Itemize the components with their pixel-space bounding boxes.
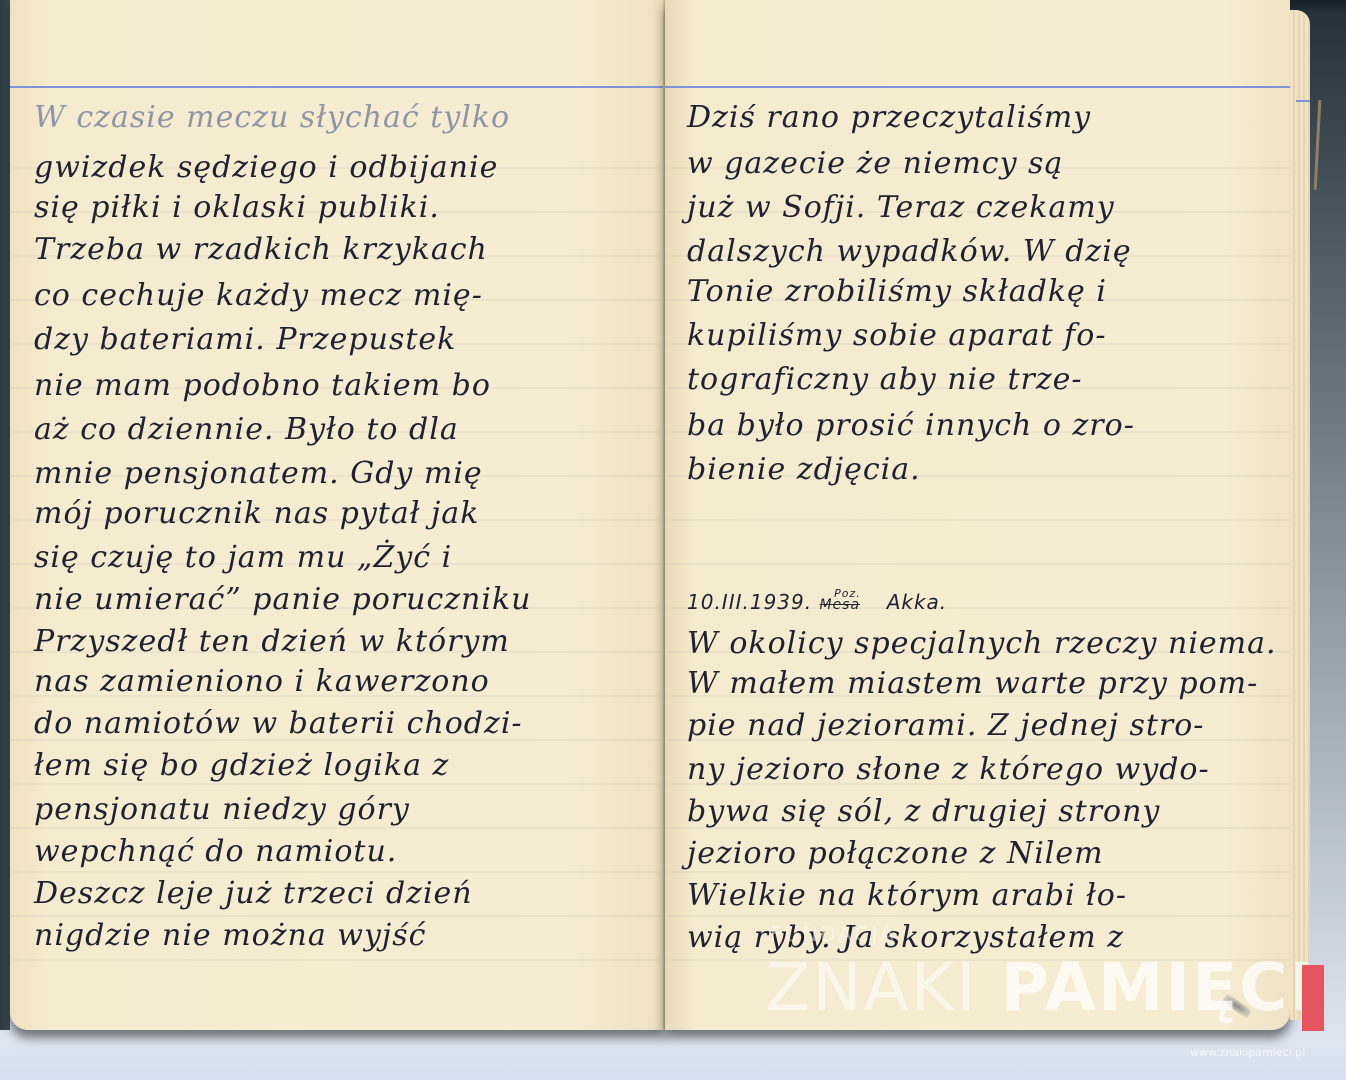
handwritten-line: bywa się sól, z drugiej strony <box>687 794 1160 829</box>
handwritten-line: W czasie meczu słychać tylko <box>34 100 510 135</box>
watermark-foundation: FUNDACJA <box>770 922 897 946</box>
page-stack-edge <box>1290 10 1310 1020</box>
watermark-word-pamieci: PAMIĘCI <box>1000 949 1316 1026</box>
handwritten-line: mnie pensjonatem. Gdy mię <box>34 456 483 491</box>
handwritten-line: dzy bateriami. Przepustek <box>34 322 456 357</box>
handwritten-line: już w Sofji. Teraz czekamy <box>687 190 1115 225</box>
handwritten-line: łem się bo gdzież logika z <box>34 748 449 783</box>
handwritten-line: ba było prosić innych o zro- <box>687 408 1135 443</box>
handwritten-line: mój porucznik nas pytał jak <box>34 496 479 531</box>
handwritten-line: Wielkie na którym arabi ło- <box>687 878 1127 913</box>
notebook: W czasie meczu słychać tylko gwizdek sęd… <box>0 0 1316 1030</box>
watermark-logo: ZNAKI PAMIĘCI <box>765 955 1316 1021</box>
handwritten-line: się piłki i oklaski publiki. <box>34 190 440 225</box>
handwritten-line: nie umierać” panie poruczniku <box>34 582 531 617</box>
handwritten-line: jezioro połączone z Nilem <box>687 836 1104 871</box>
diary-entry-date: 10.III.1939. MesaPoz.Akka. <box>687 590 947 614</box>
entry-place: Akka. <box>887 590 947 614</box>
handwritten-line: nigdzie nie można wyjść <box>34 918 426 953</box>
handwritten-line: tograficzny aby nie trze- <box>687 362 1083 397</box>
bookmark-thread <box>1314 100 1322 190</box>
handwritten-line: do namiotów w baterii chodzi- <box>34 706 523 741</box>
handwritten-line: gwizdek sędziego i odbijanie <box>34 150 498 185</box>
handwritten-line: wepchnąć do namiotu. <box>34 834 397 869</box>
handwritten-line: Przyszedł ten dzień w którym <box>34 624 510 659</box>
handwritten-line: aż co dziennie. Było to dla <box>34 412 459 447</box>
left-page: W czasie meczu słychać tylko gwizdek sęd… <box>10 0 665 1030</box>
handwritten-line: W okolicy specjalnych rzeczy niema. <box>687 626 1277 661</box>
right-page: Dziś rano przeczytaliśmy w gazecie że ni… <box>665 0 1290 1030</box>
handwritten-line: nas zamieniono i kawerzono <box>34 664 490 699</box>
handwritten-line: co cechuje każdy mecz mię- <box>34 278 483 313</box>
handwritten-line: w gazecie że niemcy są <box>687 146 1063 181</box>
header-rule-stub <box>1296 100 1310 102</box>
superscript-correction: Poz. <box>834 587 861 600</box>
entry-date: 10.III.1939. <box>687 590 812 614</box>
handwritten-line: pie nad jeziorami. Z jednej stro- <box>687 708 1204 743</box>
header-rule <box>665 86 1290 88</box>
handwritten-line: dalszych wypadków. W dzię <box>687 234 1132 269</box>
handwritten-line: pensjonatu niedzy góry <box>34 792 410 827</box>
handwritten-line: W małem miastem warte przy pom- <box>687 666 1258 701</box>
watermark-accent-bar <box>1302 965 1324 1031</box>
watermark-word-znaki: ZNAKI <box>765 949 977 1026</box>
handwritten-line: Dziś rano przeczytaliśmy <box>687 100 1091 135</box>
handwritten-line: Deszcz leje już trzeci dzień <box>34 876 473 911</box>
handwritten-line: nie mam podobno takiem bo <box>34 368 491 403</box>
watermark-url: www.znakipamieci.pl <box>1190 1046 1305 1059</box>
handwritten-line: się czuję to jam mu „Żyć i <box>34 540 452 575</box>
header-rule <box>10 86 665 88</box>
handwritten-line: Trzeba w rzadkich krzykach <box>34 232 488 267</box>
handwritten-line: bienie zdjęcia. <box>687 452 921 487</box>
handwritten-line: Tonie zrobiliśmy składkę i <box>687 274 1107 309</box>
notebook-cover-edge <box>0 0 10 1030</box>
handwritten-line: ny jezioro słone z którego wydo- <box>687 752 1210 787</box>
handwritten-line: kupiliśmy sobie aparat fo- <box>687 318 1106 353</box>
